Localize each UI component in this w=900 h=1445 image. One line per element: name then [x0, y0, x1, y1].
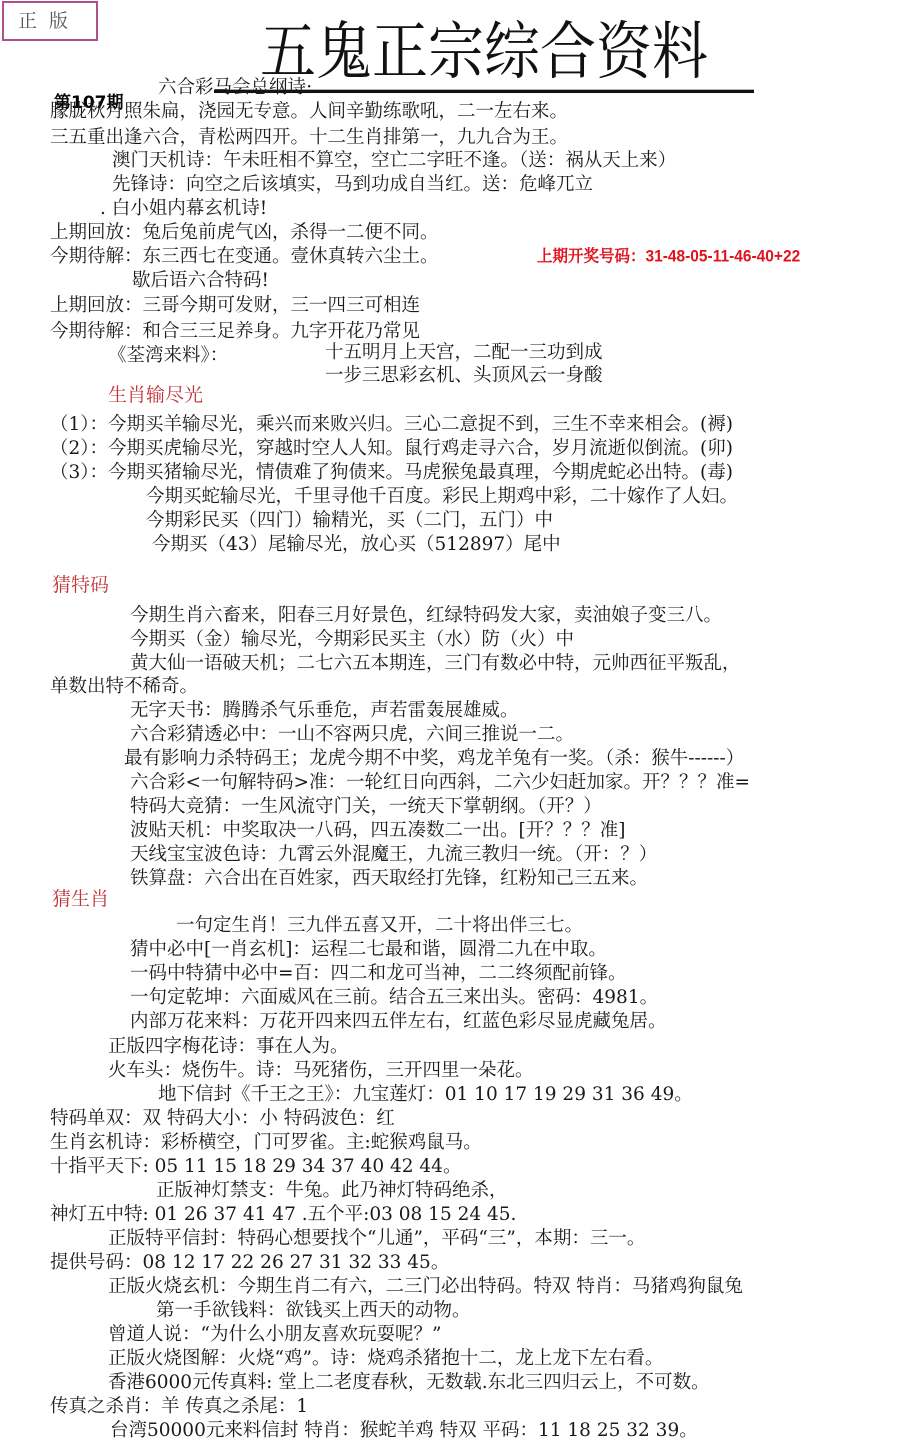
text-line: （3）：今期买猪输尽光，情债难了狗债来。马虎猴兔最真理，今期虎蛇必出特。(毒): [50, 461, 733, 485]
text-line: （1）：今期买羊输尽光，乘兴而来败兴归。三心二意捉不到，三生不幸来相会。(褥): [50, 413, 733, 437]
text-line: 六合彩马会总纲诗:: [158, 76, 312, 100]
text-line: 地下信封《千王之王》：九宝莲灯：01 10 17 19 29 31 36 49。: [158, 1083, 693, 1107]
text-line: 传真之杀肖：羊 传真之杀尾：1: [50, 1395, 308, 1419]
text-line: 澳门天机诗：午未旺相不算空，空亡二字旺不逢。（送：祸从天上来）: [112, 149, 676, 173]
text-line: 正版特平信封：特码心想要找个“儿通”，平码“三”，本期：三一。: [108, 1227, 645, 1251]
text-line: 第一手欲钱料：欲钱买上西天的动物。: [156, 1299, 471, 1323]
text-line: 火车头：烧伤牛。诗：马死猪伤，三开四里一朵花。: [108, 1059, 534, 1083]
text-line: 一句定生肖！三九伴五喜又开，二十将出伴三七。: [176, 914, 583, 938]
text-line: 正版火烧玄机：今期生肖二有六，二三门必出特码。特双 特肖：马猪鸡狗鼠兔: [108, 1275, 743, 1299]
text-line: 先锋诗：向空之后该填实，马到功成自当红。送：危峰兀立: [112, 173, 593, 197]
text-line: 上期回放：三哥今期可发财，三一四三可相连: [50, 294, 420, 318]
text-line: 朦胧秋月照朱扁，浇园无专意。人间辛勤练歌吼，二一左右来。: [50, 100, 568, 124]
text-line: 上期回放：兔后兔前虎气凶，杀得一二便不同。: [50, 221, 439, 245]
text-line: 无字天书：腾腾杀气乐垂危，声若雷轰展雄威。: [130, 699, 519, 723]
text-line: 神灯五中特: 01 26 37 41 47 .五个平:03 08 15 24 4…: [50, 1203, 516, 1227]
text-line: 正版火烧图解：火烧“鸡”。诗：烧鸡杀猪抱十二，龙上龙下左右看。: [108, 1347, 663, 1371]
text-line: 猜中必中[一肖玄机]：运程二七最和谐，圆滑二九在中取。: [130, 938, 607, 962]
section-heading: 生肖输尽光: [108, 383, 203, 407]
text-line: 曾道人说：“为什么小朋友喜欢玩耍呢？”: [108, 1323, 441, 1347]
text-line: 特码大竞猜：一生风流守门关，一统天下掌朝纲。（开？）: [130, 795, 602, 819]
text-line: 特码单双：双 特码大小：小 特码波色：红: [50, 1107, 395, 1131]
last-draw-numbers: 上期开奖号码：31-48-05-11-46-40+22: [537, 243, 800, 267]
text-line: 提供号码：08 12 17 22 26 27 31 32 33 45。: [50, 1251, 449, 1275]
text-line: 十五明月上天宫，二配一三功到成: [325, 341, 603, 365]
text-line: 台湾50000元来料信封 特肖：猴蛇羊鸡 特双 平码：11 18 25 32 3…: [110, 1419, 698, 1443]
text-line: 正版四字梅花诗：事在人为。: [108, 1035, 349, 1059]
section-heading: 猜特码: [52, 573, 109, 597]
text-line: 今期买（43）尾输尽光，放心买（512897）尾中: [152, 533, 561, 557]
text-line: 一步三思彩玄机、头顶风云一身酸: [325, 364, 603, 388]
text-line: 内部万花来料：万花开四来四五伴左右，红蓝色彩尽显虎藏兔居。: [130, 1010, 667, 1034]
text-line: （2）：今期买虎输尽光，穿越时空人人知。鼠行鸡走寻六合，岁月流逝似倒流。(卯): [50, 437, 733, 461]
text-line: 一句定乾坤：六面威风在三前。结合五三来出头。密码：4981。: [130, 986, 658, 1010]
text-line: 今期彩民买（四门）输精光，买（二门，五门）中: [146, 509, 553, 533]
text-line: 黄大仙一语破天机；二七六五本期连，三门有数必中特，元帅西征平叛乱，: [130, 652, 741, 676]
text-line: 今期待解：东三西七在变通。壹休真转六尘土。: [50, 245, 439, 269]
text-line: 生肖玄机诗：彩桥横空，门可罗雀。主:蛇猴鸡鼠马。: [50, 1131, 482, 1155]
text-line: 今期买蛇输尽光，千里寻他千百度。彩民上期鸡中彩，二十嫁作了人妇。: [146, 485, 738, 509]
text-line: 今期生肖六畜来，阳春三月好景色，红绿特码发大家，卖油娘子变三八。: [130, 604, 722, 628]
authentic-badge: 正 版: [2, 1, 98, 41]
text-line: 今期买（金）输尽光，今期彩民买主（水）防（火）中: [130, 628, 574, 652]
text-line: 十指平天下: 05 11 15 18 29 34 37 40 42 44。: [50, 1155, 461, 1179]
text-line: . 白小姐内幕玄机诗!: [100, 197, 267, 221]
text-line: 一码中特猜中必中=百：四二和龙可当神，二二终须配前锋。: [130, 962, 627, 986]
text-line: 单数出特不稀奇。: [50, 675, 198, 699]
text-line: 六合彩猜透必中：一山不容两只虎，六间三推说一二。: [130, 723, 574, 747]
text-line: 最有影响力杀特码王；龙虎今期不中奖，鸡龙羊兔有一奖。（杀：猴牛------）: [124, 747, 744, 771]
text-line: 歇后语六合特码!: [132, 269, 269, 293]
text-line: 天线宝宝波色诗：九霄云外混魔王，九流三教归一统。（开：？）: [130, 843, 657, 867]
text-line: 《荃湾来料》：: [108, 344, 228, 368]
text-line: 六合彩<一句解特码>准：一轮红日向西斜，二六少妇赶加家。开？？？准=: [130, 771, 750, 795]
text-line: 香港6000元传真料: 堂上二老度春秋，无数载.东北三四归云上，不可数。: [108, 1371, 710, 1395]
text-line: 三五重出逢六合，青松两四开。十二生肖排第一，九九合为王。: [50, 126, 568, 150]
text-line: 铁算盘：六合出在百姓家，西天取经打先锋，红粉知己三五来。: [130, 867, 648, 891]
text-line: 波贴天机：中奖取决一八码，四五凑数二一出。[开？？？准]: [130, 819, 625, 843]
section-heading: 猜生肖: [52, 887, 109, 911]
text-line: 正版神灯禁支：牛兔。此乃神灯特码绝杀，: [156, 1179, 508, 1203]
